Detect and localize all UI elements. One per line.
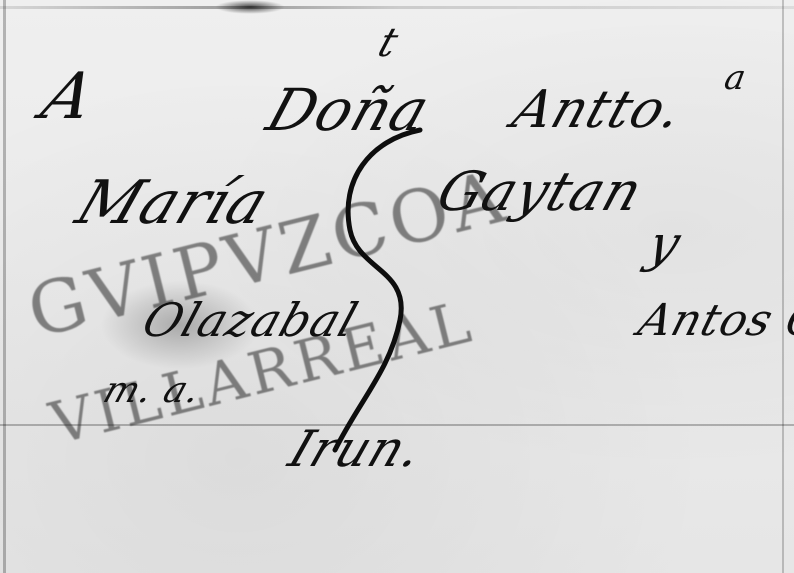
address-line3-suffix: Antos Guz. xyxy=(633,295,794,346)
address-prefix: A xyxy=(33,60,104,134)
ink-smudge xyxy=(215,0,285,14)
superscript-t: t xyxy=(373,20,405,66)
paper-edge-right xyxy=(782,0,784,573)
address-name-maria: María xyxy=(67,168,278,238)
address-abbrev: m. a. xyxy=(98,370,206,411)
address-conjunction: y xyxy=(641,215,689,273)
superscript-a: a xyxy=(721,58,749,98)
scanned-letter-cover: GVIPVZCOA VILLARREAL A t Doña Antto. a M… xyxy=(0,0,794,573)
fold-line-top xyxy=(0,6,794,9)
postage-rate-mark-icon xyxy=(330,120,430,460)
address-given-name: Antto. xyxy=(505,80,690,140)
address-surname: Gaytan xyxy=(430,160,651,223)
paper-edge-left xyxy=(3,0,6,573)
